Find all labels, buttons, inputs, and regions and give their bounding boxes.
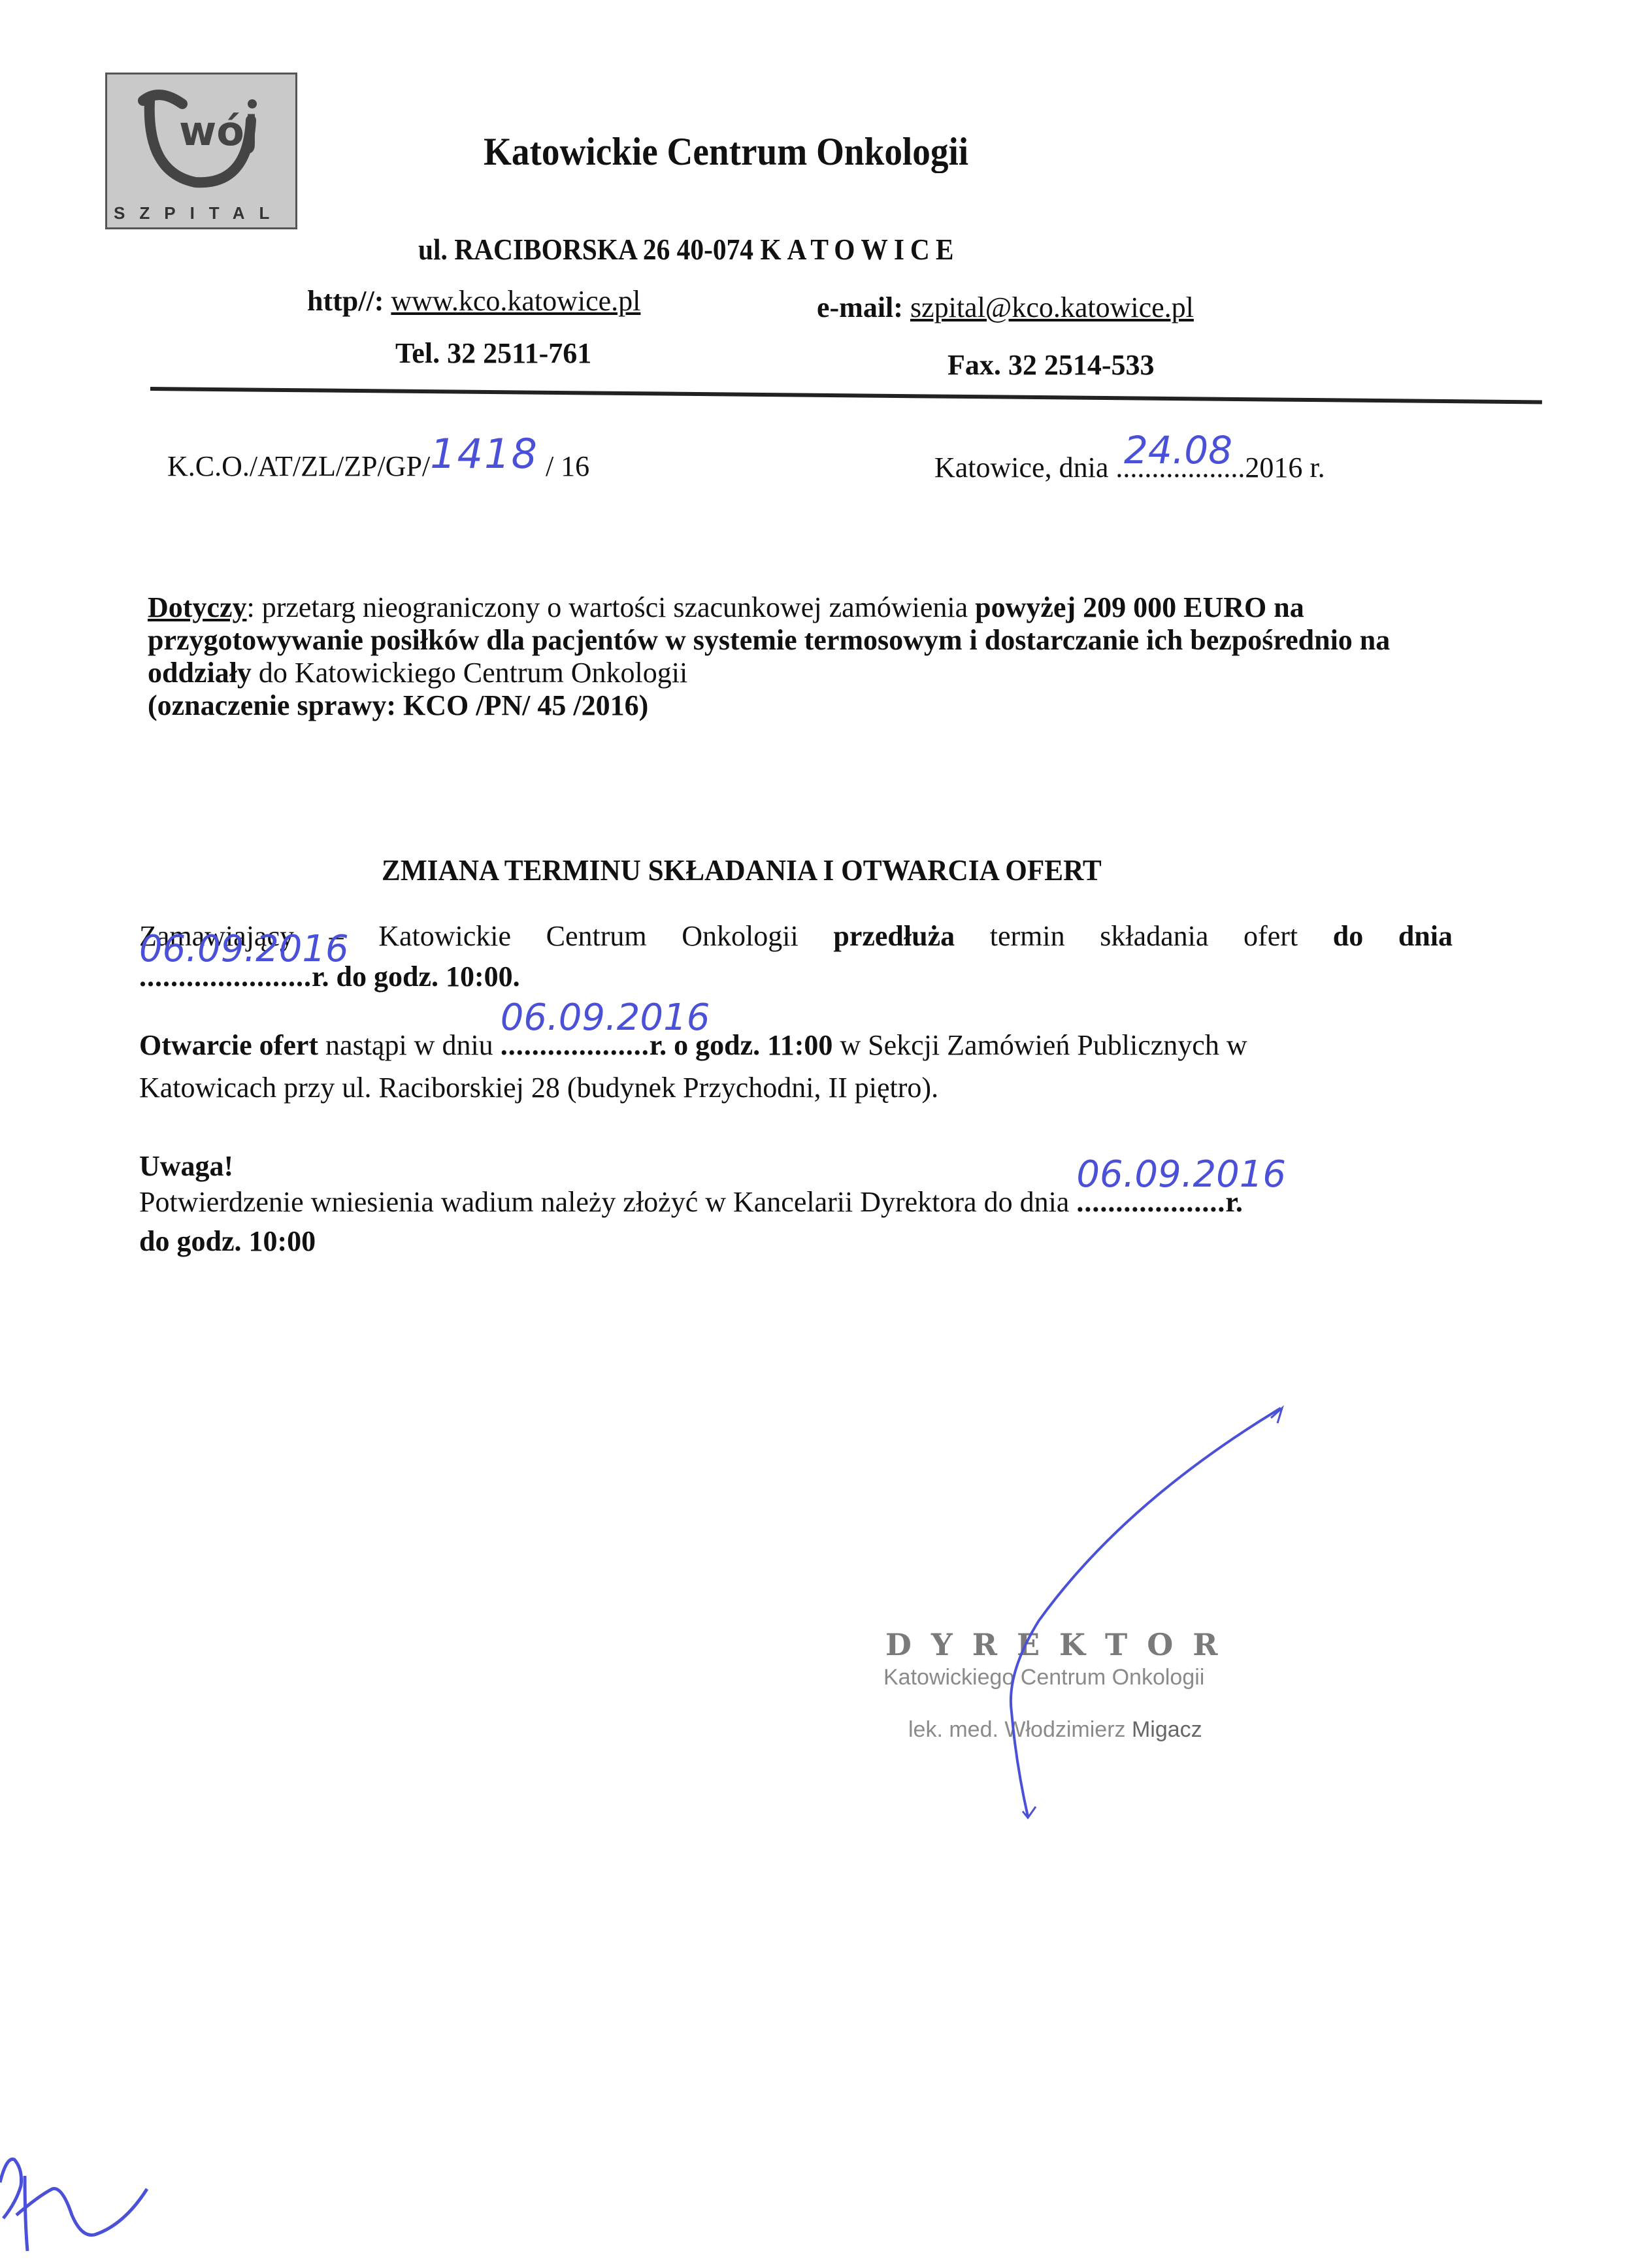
opening-label: Otwarcie ofert [139, 1029, 318, 1061]
phone-number: Tel. 32 2511-761 [395, 337, 591, 370]
logo-caption: SZPITAL [114, 203, 293, 223]
opening-fill: ...................06.09.2016 [501, 1029, 650, 1062]
subject-text-end: do Katowickiego Centrum Onkologii [252, 657, 687, 689]
opening-location: w Sekcji Zamówień Publicznych w [832, 1029, 1247, 1061]
reference-suffix: / 16 [538, 450, 589, 482]
deposit-paragraph: Potwierdzenie wniesienia wadium należy z… [139, 1186, 1243, 1219]
opening-address: Katowicach przy ul. Raciborskiej 28 (bud… [139, 1072, 938, 1104]
note-label: Uwaga! [139, 1150, 233, 1183]
stamp-name-prefix: lek. med. Włodzimierz [908, 1717, 1132, 1742]
notice-heading: ZMIANA TERMINU SKŁADANIA I OTWARCIA OFER… [382, 853, 1102, 887]
deposit-text: Potwierdzenie wniesienia wadium należy z… [139, 1186, 1076, 1218]
handwritten-date: 24.08 [1124, 428, 1232, 472]
handwritten-reference: 1418 [430, 430, 538, 478]
reference-prefix: K.C.O./AT/ZL/ZP/GP/ [167, 450, 430, 482]
handwritten-deposit-date: 06.09.2016 [1076, 1159, 1286, 1191]
handwritten-opening-date: 06.09.2016 [501, 1002, 710, 1034]
stamp-institution: Katowickiego Centrum Onkologii [883, 1665, 1204, 1690]
date-suffix: 2016 r. [1245, 452, 1325, 484]
stamp-name-last: Migacz [1132, 1717, 1202, 1742]
handwritten-deadline: 06.09.2016 [139, 933, 349, 966]
email-link[interactable]: szpital@kco.katowice.pl [910, 291, 1194, 323]
hospital-logo: wój SZPITAL [105, 73, 297, 229]
document-date: Katowice, dnia ..................2016 r.… [934, 451, 1325, 484]
subject-paragraph: Dotyczy: przetarg nieograniczony o warto… [148, 591, 1455, 722]
case-number: (oznaczenie sprawy: KCO /PN/ 45 /2016) [148, 689, 648, 721]
address-city: KATOWICE [760, 233, 959, 266]
subject-label: Dotyczy [148, 591, 247, 623]
stamp-name: lek. med. Włodzimierz Migacz [908, 1717, 1202, 1743]
fax-number: Fax. 32 2514-533 [947, 348, 1155, 382]
address-line: ul. RACIBORSKA 26 40-074 KATOWICE [418, 232, 959, 267]
signature-ink-icon [0, 0, 1631, 2268]
website-link[interactable]: www.kco.katowice.pl [391, 285, 640, 317]
opening-paragraph: Otwarcie ofert nastąpi w dniu ..........… [139, 1029, 1247, 1062]
p1-bold: przedłuża [833, 920, 955, 952]
subject-text: : przetarg nieograniczony o wartości sza… [247, 591, 976, 623]
institution-title: Katowickie Centrum Onkologii [484, 129, 968, 174]
header-divider [150, 387, 1542, 404]
reference-number: K.C.O./AT/ZL/ZP/GP/1418 / 16 [167, 438, 589, 485]
date-prefix: Katowice, dnia [934, 452, 1115, 484]
web-label: http//: [307, 285, 384, 317]
opening-text: nastąpi w dniu [318, 1029, 501, 1061]
p1-text2: termin składania ofert [955, 920, 1333, 952]
deposit-time: do godz. 10:00 [139, 1225, 316, 1258]
logo-wordmark: wój [179, 107, 258, 155]
deposit-fill: ...................06.09.2016 [1076, 1186, 1225, 1219]
website-line: http//: www.kco.katowice.pl [307, 284, 640, 318]
deadline-fill: ......................06.09.2016 [139, 961, 312, 993]
extension-deadline: ......................06.09.2016r. do go… [139, 961, 520, 993]
email-line: e-mail: szpital@kco.katowice.pl [817, 291, 1194, 324]
address-street: ul. RACIBORSKA 26 40-074 [418, 233, 760, 266]
p1-bold2: do dnia [1333, 920, 1453, 952]
email-label: e-mail: [817, 291, 903, 323]
stamp-title: DYREKTOR [885, 1627, 1238, 1662]
